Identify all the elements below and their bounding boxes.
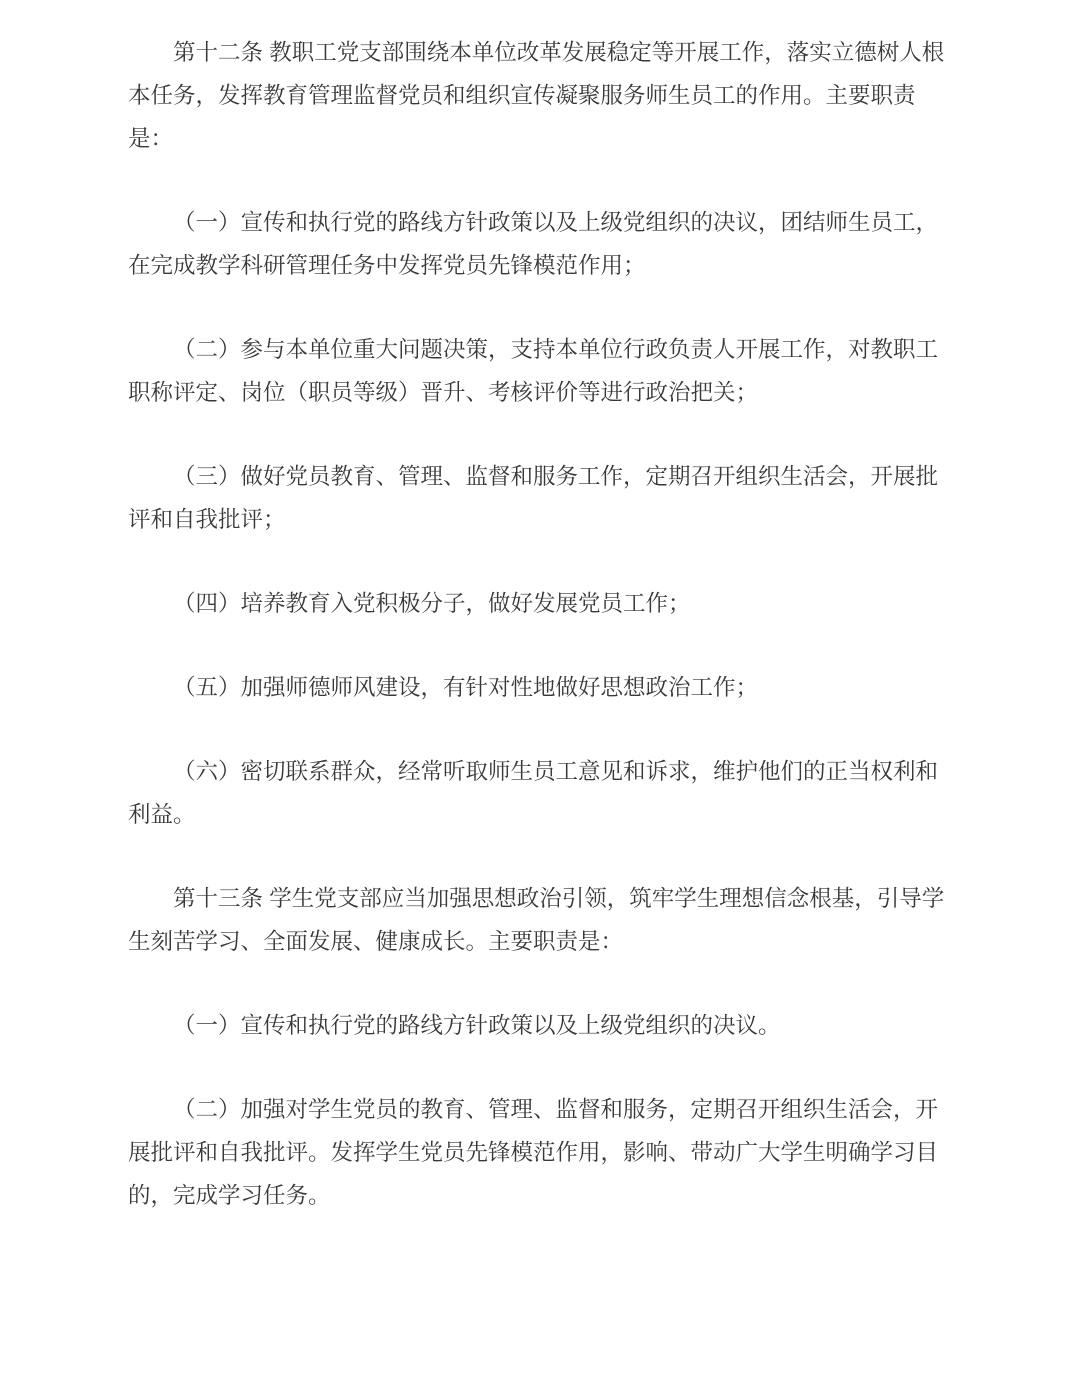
- paragraph: 第十二条 教职工党支部围绕本单位改革发展稳定等开展工作，落实立德树人根本任务，发…: [128, 31, 952, 160]
- paragraph: （六）密切联系群众，经常听取师生员工意见和诉求，维护他们的正当权利和利益。: [128, 750, 952, 836]
- paragraph: （二）参与本单位重大问题决策，支持本单位行政负责人开展工作，对教职工职称评定、岗…: [128, 328, 952, 414]
- paragraph: （三）做好党员教育、管理、监督和服务工作，定期召开组织生活会，开展批评和自我批评…: [128, 455, 952, 541]
- paragraph: （一）宣传和执行党的路线方针政策以及上级党组织的决议，团结师生员工，在完成教学科…: [128, 201, 952, 287]
- paragraph: （四）培养教育入党积极分子，做好发展党员工作；: [128, 582, 952, 625]
- paragraph: 第十三条 学生党支部应当加强思想政治引领，筑牢学生理想信念根基，引导学生刻苦学习…: [128, 877, 952, 963]
- paragraph: （二）加强对学生党员的教育、管理、监督和服务，定期召开组织生活会，开展批评和自我…: [128, 1088, 952, 1217]
- paragraph: （五）加强师德师风建设，有针对性地做好思想政治工作；: [128, 666, 952, 709]
- paragraph: （一）宣传和执行党的路线方针政策以及上级党组织的决议。: [128, 1004, 952, 1047]
- document-page: 第十二条 教职工党支部围绕本单位改革发展稳定等开展工作，落实立德树人根本任务，发…: [0, 0, 1080, 1397]
- document-body: 第十二条 教职工党支部围绕本单位改革发展稳定等开展工作，落实立德树人根本任务，发…: [0, 0, 1080, 1217]
